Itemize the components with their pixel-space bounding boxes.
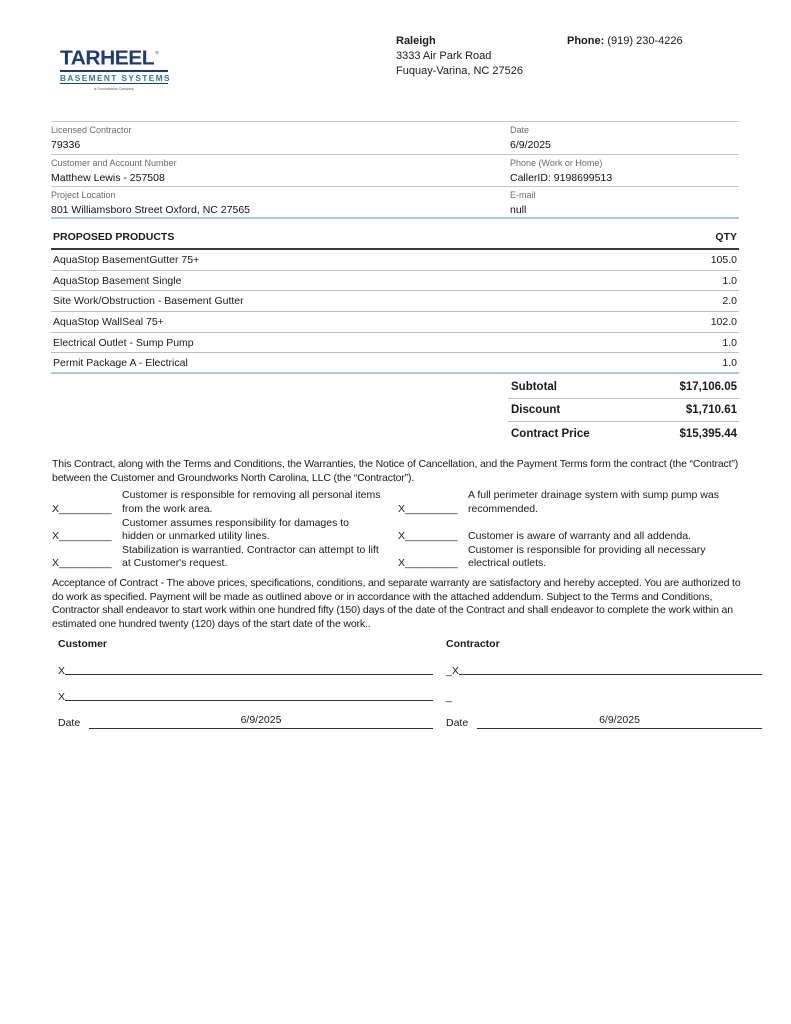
initial-text: A full perimeter drainage system with su…	[468, 489, 743, 516]
product-qty: 2.0	[722, 295, 737, 307]
initial-line[interactable]: X_________	[52, 503, 122, 517]
customer-signature-line-2[interactable]: X	[58, 677, 433, 703]
customer-signature-title: Customer	[58, 637, 433, 651]
office-city: Raleigh	[396, 34, 523, 49]
acceptance-statement: Acceptance of Contract - The above price…	[52, 577, 744, 631]
discount-label: Discount	[511, 404, 560, 416]
licensed-contractor-field: Licensed Contractor 79336	[51, 122, 510, 154]
product-qty: 1.0	[722, 337, 737, 349]
product-qty: 105.0	[711, 254, 737, 266]
initial-line[interactable]: X_________	[398, 530, 468, 544]
subtotal-label: Subtotal	[511, 381, 557, 393]
field-value: Matthew Lewis - 257508	[51, 171, 510, 185]
customer-field: Customer and Account Number Matthew Lewi…	[51, 155, 510, 187]
product-name: AquaStop Basement Single	[53, 275, 181, 287]
initial-text: Customer is responsible for providing al…	[468, 544, 743, 571]
office-street: 3333 Air Park Road	[396, 49, 523, 64]
customer-info: Licensed Contractor 79336 Date 6/9/2025 …	[51, 121, 739, 219]
initial-item: X_________ Customer assumes responsibili…	[52, 516, 382, 543]
initial-text: Customer is responsible for removing all…	[122, 489, 382, 516]
phone-field: Phone (Work or Home) CallerID: 919869951…	[510, 155, 739, 187]
table-row: AquaStop WallSeal 75+ 102.0	[51, 312, 739, 333]
field-label: Customer and Account Number	[51, 157, 510, 169]
contractor-signature-title: Contractor	[446, 637, 762, 651]
contract-price-label: Contract Price	[511, 428, 590, 440]
field-label: Project Location	[51, 189, 510, 201]
company-logo: TARHEEL® BASEMENT SYSTEMS a Groundworks …	[60, 50, 172, 91]
initials-left-column: X_________ Customer is responsible for r…	[52, 489, 382, 571]
initials-right-column: X_________ A full perimeter drainage sys…	[398, 489, 743, 571]
product-qty: 1.0	[722, 357, 737, 369]
field-label: Licensed Contractor	[51, 124, 510, 136]
contract-price-value: $15,395.44	[679, 428, 737, 440]
date-field: Date 6/9/2025	[510, 122, 739, 154]
contractor-signature-block: Contractor _X _ Date 6/9/2025	[446, 637, 762, 729]
initial-item: X_________ Customer is responsible for r…	[52, 489, 382, 516]
field-value: null	[510, 203, 739, 217]
initial-line[interactable]: X_________	[398, 557, 468, 571]
field-value: 6/9/2025	[510, 138, 739, 152]
logo-divider	[60, 83, 168, 84]
customer-signature-block: Customer X X Date 6/9/2025	[58, 637, 433, 729]
contract-price-row: Contract Price $15,395.44	[508, 422, 739, 445]
date-label: Date	[58, 717, 89, 729]
project-location-field: Project Location 801 Williamsboro Street…	[51, 187, 510, 217]
proposed-products-table: PROPOSED PRODUCTS QTY AquaStop BasementG…	[51, 226, 739, 374]
initial-item: X_________ Customer is aware of warranty…	[398, 516, 743, 543]
contract-statement: This Contract, along with the Terms and …	[52, 458, 742, 485]
initial-line[interactable]: X_________	[398, 503, 468, 517]
date-label: Date	[446, 717, 477, 729]
initial-item: X_________ Customer is responsible for p…	[398, 544, 743, 571]
initial-text: Customer assumes responsibility for dama…	[122, 517, 382, 544]
info-row: Project Location 801 Williamsboro Street…	[51, 186, 739, 219]
table-row: Permit Package A - Electrical 1.0	[51, 353, 739, 374]
signature-rule	[65, 665, 433, 675]
signature-mark: X	[58, 691, 65, 703]
subtotal-row: Subtotal $17,106.05	[508, 376, 739, 399]
field-label: Phone (Work or Home)	[510, 157, 739, 169]
initial-text: Stabilization is warrantied. Contractor …	[122, 544, 382, 571]
logo-main-text: TARHEEL	[60, 50, 154, 67]
discount-row: Discount $1,710.61	[508, 399, 739, 422]
product-name: AquaStop WallSeal 75+	[53, 316, 164, 328]
logo-wordmark: TARHEEL®	[60, 50, 172, 67]
office-phone: Phone: (919) 230-4226	[567, 34, 683, 49]
subtotal-value: $17,106.05	[679, 381, 737, 393]
initial-item: X_________ A full perimeter drainage sys…	[398, 489, 743, 516]
initial-line[interactable]: X_________	[52, 557, 122, 571]
office-citystate: Fuquay-Varina, NC 27526	[396, 64, 523, 79]
table-row: Electrical Outlet - Sump Pump 1.0	[51, 333, 739, 354]
table-row: AquaStop BasementGutter 75+ 105.0	[51, 250, 739, 271]
field-value: 79336	[51, 138, 510, 152]
product-name: Site Work/Obstruction - Basement Gutter	[53, 295, 244, 307]
logo-subtitle: BASEMENT SYSTEMS	[60, 73, 172, 83]
field-label: Date	[510, 124, 739, 136]
table-row: AquaStop Basement Single 1.0	[51, 271, 739, 292]
signature-mark: _X	[446, 665, 459, 677]
product-qty: 102.0	[711, 316, 737, 328]
product-name: Permit Package A - Electrical	[53, 357, 188, 369]
logo-tagline: a Groundworks Company	[60, 87, 168, 91]
signature-mark: X	[58, 665, 65, 677]
discount-value: $1,710.61	[686, 404, 737, 416]
signature-mark: _	[446, 691, 452, 703]
phone-value: (919) 230-4226	[607, 35, 682, 47]
products-header-name: PROPOSED PRODUCTS	[53, 231, 174, 243]
contractor-signature-line-2[interactable]: _	[446, 677, 762, 703]
date-value: 6/9/2025	[477, 714, 762, 729]
products-header: PROPOSED PRODUCTS QTY	[51, 226, 739, 250]
product-name: Electrical Outlet - Sump Pump	[53, 337, 194, 349]
email-field: E-mail null	[510, 187, 739, 217]
initial-item: X_________ Stabilization is warrantied. …	[52, 544, 382, 571]
contractor-signature-line-1[interactable]: _X	[446, 651, 762, 677]
totals-summary: Subtotal $17,106.05 Discount $1,710.61 C…	[508, 376, 739, 445]
contractor-date-field[interactable]: Date 6/9/2025	[446, 703, 762, 729]
info-row: Licensed Contractor 79336 Date 6/9/2025	[51, 121, 739, 154]
table-row: Site Work/Obstruction - Basement Gutter …	[51, 291, 739, 312]
initial-line[interactable]: X_________	[52, 530, 122, 544]
field-value: CallerID: 9198699513	[510, 171, 739, 185]
date-value: 6/9/2025	[89, 714, 433, 729]
signature-rule	[65, 691, 433, 701]
product-name: AquaStop BasementGutter 75+	[53, 254, 199, 266]
info-row: Customer and Account Number Matthew Lewi…	[51, 154, 739, 187]
office-address: Raleigh 3333 Air Park Road Fuquay-Varina…	[396, 34, 523, 79]
products-header-qty: QTY	[715, 231, 737, 243]
product-qty: 1.0	[722, 275, 737, 287]
customer-date-field[interactable]: Date 6/9/2025	[58, 703, 433, 729]
phone-label: Phone:	[567, 35, 604, 47]
initial-text: Customer is aware of warranty and all ad…	[468, 530, 743, 544]
signature-rule	[459, 665, 762, 675]
customer-signature-line-1[interactable]: X	[58, 651, 433, 677]
field-label: E-mail	[510, 189, 739, 201]
field-value: 801 Williamsboro Street Oxford, NC 27565	[51, 203, 510, 217]
logo-divider	[60, 70, 168, 72]
